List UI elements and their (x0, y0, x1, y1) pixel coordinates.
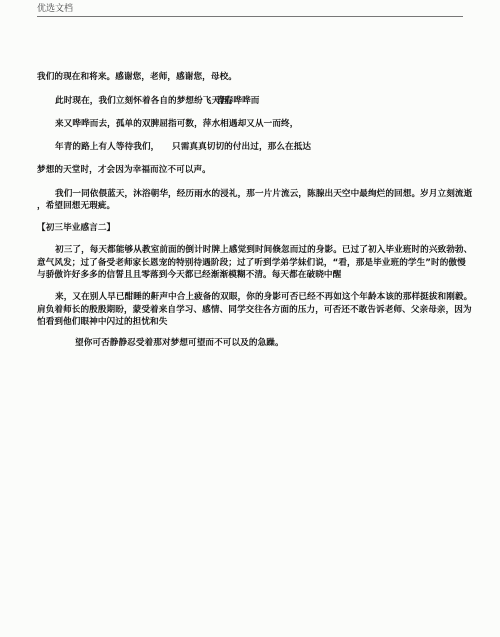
paragraph-line: 来，又在别人早已酣睡的鼾声中合上疲备的双眼，你的身影可否已经不再如这个年龄本该的… (55, 291, 472, 303)
text-line: 年青的路上有人等待我们， (55, 141, 159, 153)
text-line: 青春哗哗而 (216, 95, 259, 107)
text-line: 梦想的天堂时，才会因为幸福而泣不可以声。 (37, 164, 211, 176)
section-heading: 【初三毕业感言二】 (37, 222, 115, 234)
text-line: 我们的现在和将来。感谢您，老师，感谢您，母校。 (37, 71, 237, 83)
paragraph-line: 意气风发；过了备受老师家长恩宠的特别待遇阶段；过了听到学弟学妹们说，“看，那是毕… (37, 257, 466, 269)
paragraph-line: 初三了，每天都能够从教室前面的倒计时牌上感觉到时间倏忽而过的身影。已过了初入毕业… (55, 244, 472, 256)
header-title: 优选文档 (37, 4, 73, 15)
text-line: 此时现在，我们立刻怀着各自的梦想纷飞天涯。 (55, 95, 238, 107)
page-header: 优选文档 (37, 4, 463, 17)
text-line: 只需真真切切的付出过，那么在抵达 (172, 141, 311, 153)
text-line: 来又哗哗而去，孤单的双脾屈指可数，萍水相遇却又从一而终， (55, 118, 298, 130)
text-line: 望你可否静静忍受着那对梦想可望而不可以及的急躁。 (75, 337, 284, 349)
paragraph-line: 与骄傲许好多多的信誓且且零落到今天都已经渐渐模糊不清。每天都在破晓中醒 (37, 269, 341, 281)
paragraph-line: 肩负着师长的殷殷期盼，蒙受着来自学习、感情、同学交往各方面的压力，可否还不敢告诉… (37, 304, 472, 316)
paragraph-line: ，希望回想无瑕疵。 (37, 200, 115, 212)
paragraph-line: 怕看到他们眼神中闪过的担忧和失 (37, 316, 167, 328)
paragraph-line: 我们一同依偎蓝天，沐浴朝华，经历雨水的浸礼，那一片片流云，陈腺出天空中最绚烂的回… (55, 188, 472, 200)
